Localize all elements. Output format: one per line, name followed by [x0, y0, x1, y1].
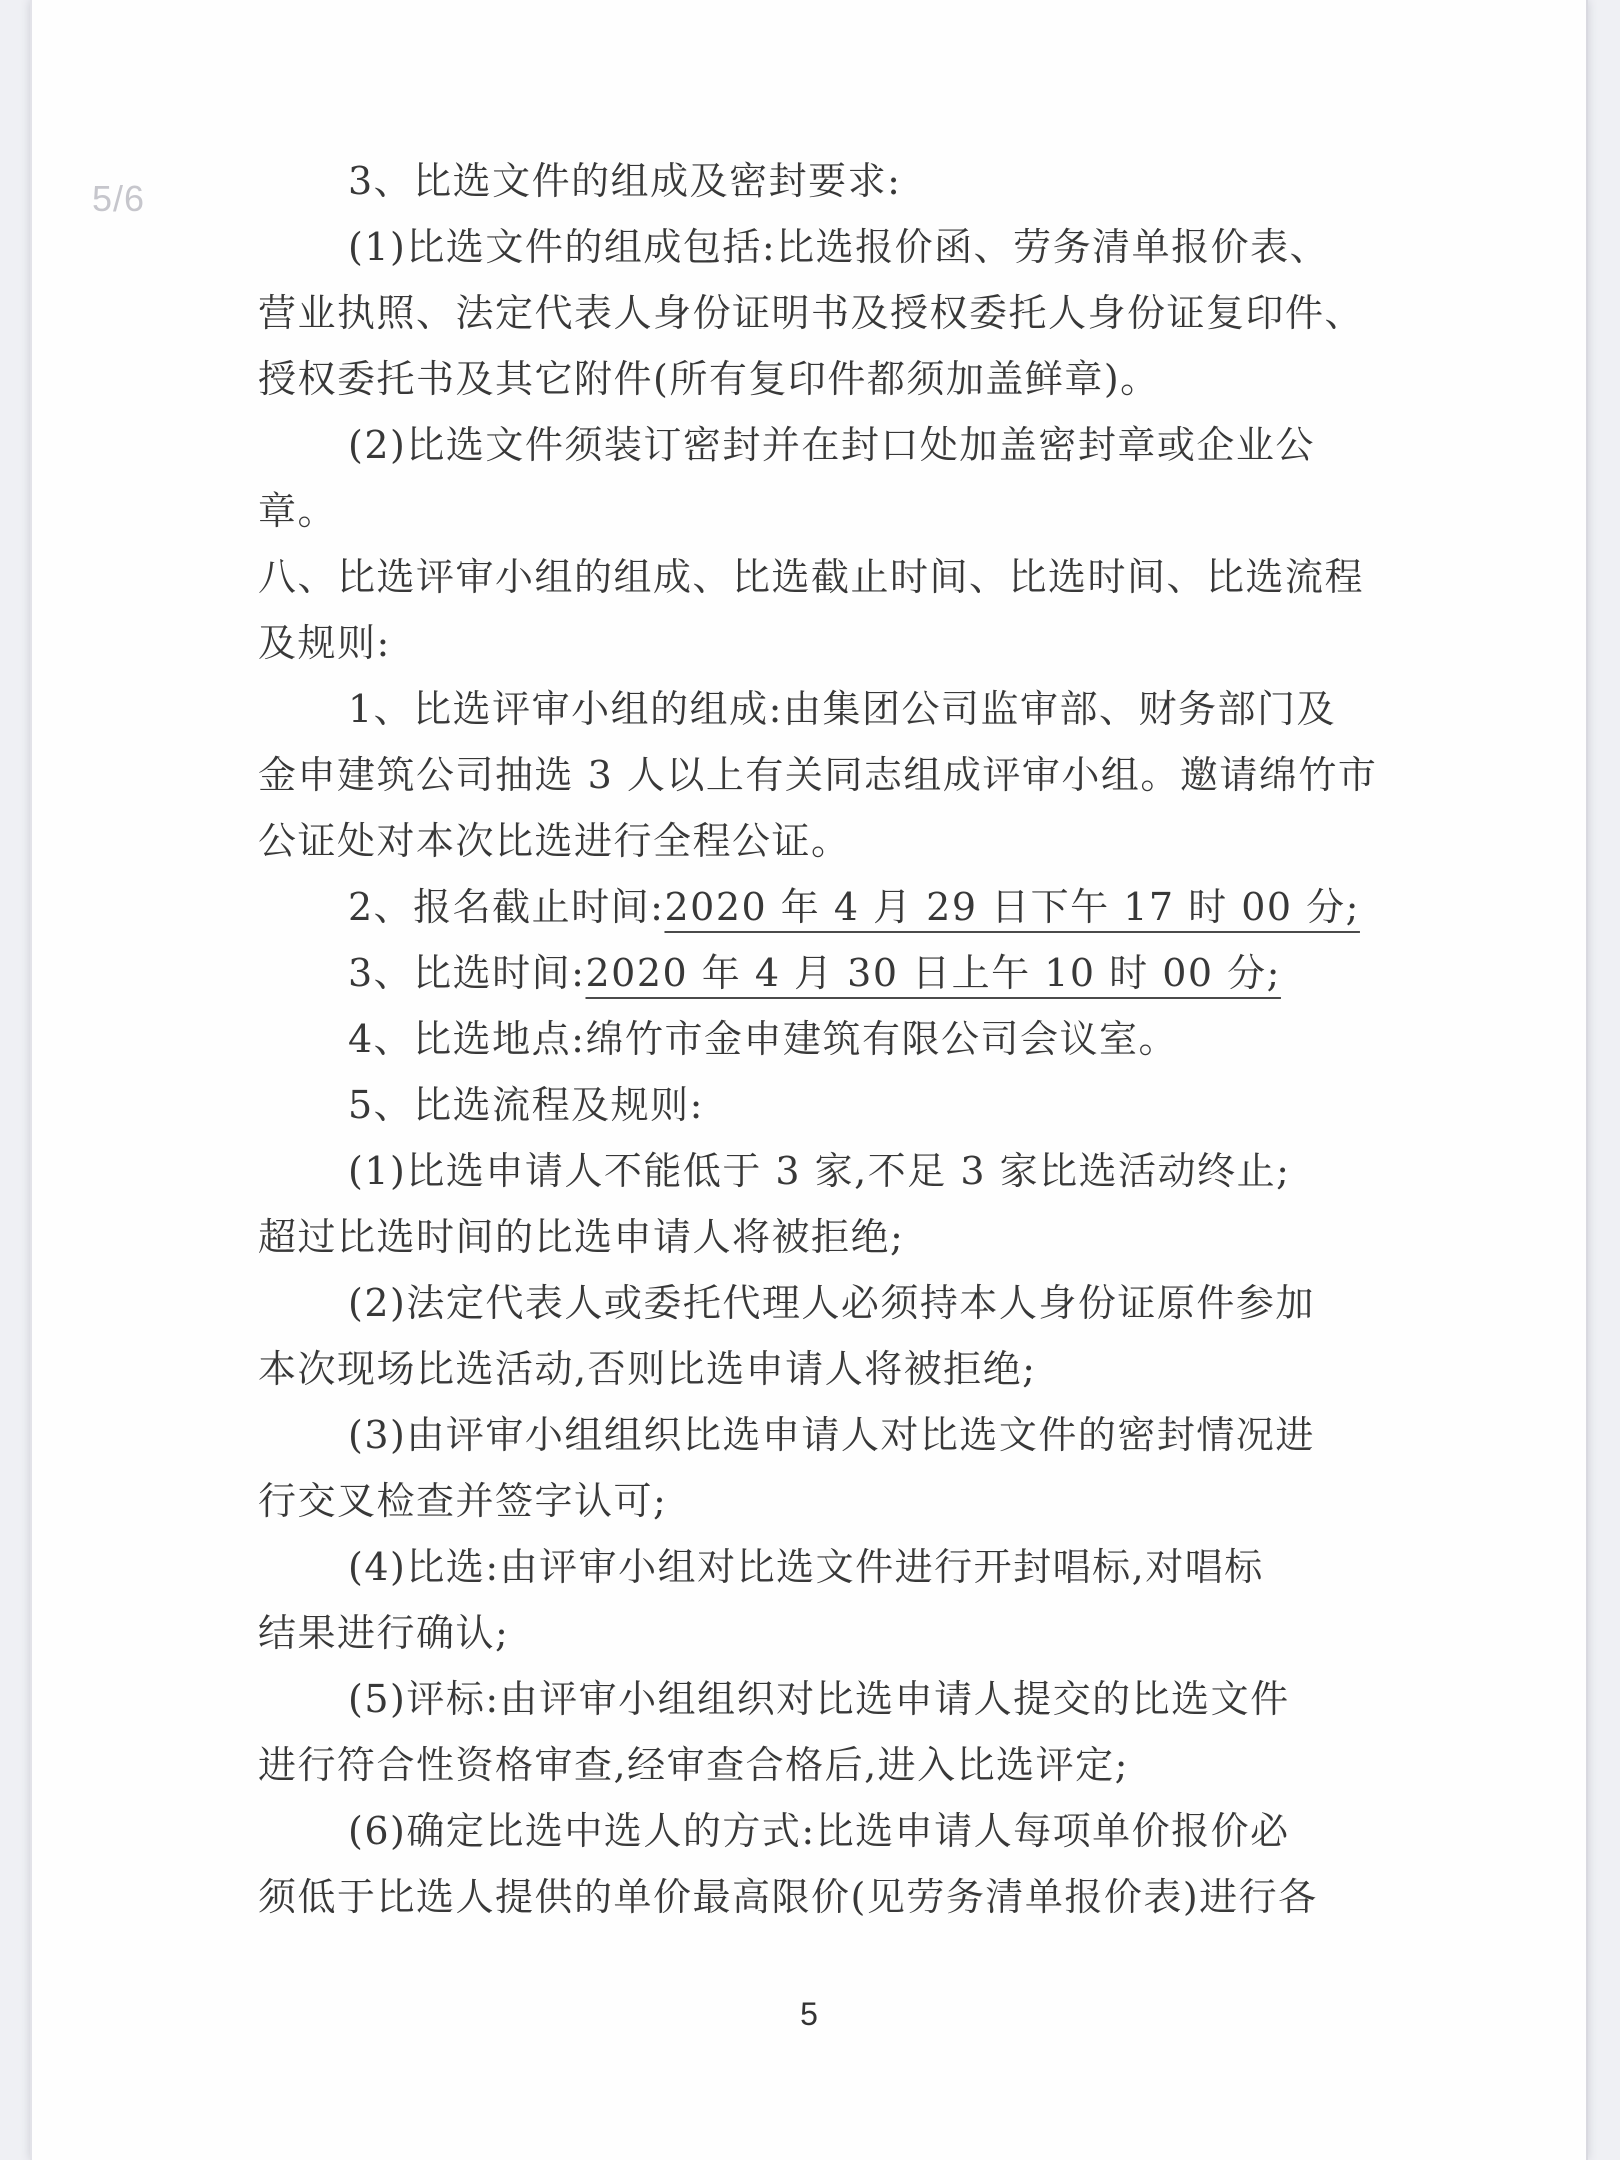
text-line: 进行符合性资格审查,经审查合格后,进入比选评定;: [258, 1732, 1398, 1798]
text-line: 本次现场比选活动,否则比选申请人将被拒绝;: [258, 1336, 1398, 1402]
line-prefix: 3、比选时间:: [348, 951, 585, 995]
footer-page-number: 5: [30, 1996, 1588, 2033]
section-heading-line: 八、比选评审小组的组成、比选截止时间、比选时间、比选流程: [258, 544, 1398, 610]
text-line: 3、比选文件的组成及密封要求:: [258, 148, 1398, 214]
text-line: (4)比选:由评审小组对比选文件进行开封唱标,对唱标: [258, 1534, 1398, 1600]
text-line: 超过比选时间的比选申请人将被拒绝;: [258, 1204, 1398, 1270]
text-line: (6)确定比选中选人的方式:比选申请人每项单价报价必: [258, 1798, 1398, 1864]
scanned-page: 5/6 3、比选文件的组成及密封要求: (1)比选文件的组成包括:比选报价函、劳…: [30, 0, 1588, 2160]
page-edge-right: [1586, 0, 1588, 2160]
text-line: (2)比选文件须装订密封并在封口处加盖密封章或企业公: [258, 412, 1398, 478]
line-prefix: 2、报名截止时间:: [348, 885, 664, 929]
text-line: 须低于比选人提供的单价最高限价(见劳务清单报价表)进行各: [258, 1864, 1398, 1930]
section-heading-line: 及规则:: [258, 610, 1398, 676]
text-line: 营业执照、法定代表人身份证明书及授权委托人身份证复印件、: [258, 280, 1398, 346]
text-line: (1)比选申请人不能低于 3 家,不足 3 家比选活动终止;: [258, 1138, 1398, 1204]
page-indicator: 5/6: [92, 178, 145, 220]
registration-deadline-line: 2、报名截止时间:2020 年 4 月 29 日下午 17 时 00 分;: [258, 874, 1398, 940]
page-edge-left: [30, 0, 32, 2160]
document-body: 3、比选文件的组成及密封要求: (1)比选文件的组成包括:比选报价函、劳务清单报…: [258, 148, 1398, 1930]
text-line: (3)由评审小组组织比选申请人对比选文件的密封情况进: [258, 1402, 1398, 1468]
text-line: (1)比选文件的组成包括:比选报价函、劳务清单报价表、: [258, 214, 1398, 280]
selection-time-line: 3、比选时间:2020 年 4 月 30 日上午 10 时 00 分;: [258, 940, 1398, 1006]
text-line: 金申建筑公司抽选 3 人以上有关同志组成评审小组。邀请绵竹市: [258, 742, 1398, 808]
text-line: (5)评标:由评审小组组织对比选申请人提交的比选文件: [258, 1666, 1398, 1732]
text-line: 行交叉检查并签字认可;: [258, 1468, 1398, 1534]
deadline-date-underlined: 2020 年 4 月 29 日下午 17 时 00 分;: [664, 885, 1359, 929]
text-line: 4、比选地点:绵竹市金申建筑有限公司会议室。: [258, 1006, 1398, 1072]
text-line: 公证处对本次比选进行全程公证。: [258, 808, 1398, 874]
text-line: 章。: [258, 478, 1398, 544]
text-line: 结果进行确认;: [258, 1600, 1398, 1666]
text-line: 5、比选流程及规则:: [258, 1072, 1398, 1138]
document-viewer: 5/6 3、比选文件的组成及密封要求: (1)比选文件的组成包括:比选报价函、劳…: [0, 0, 1620, 2160]
text-line: 授权委托书及其它附件(所有复印件都须加盖鲜章)。: [258, 346, 1398, 412]
selection-date-underlined: 2020 年 4 月 30 日上午 10 时 00 分;: [585, 951, 1280, 995]
text-line: 1、比选评审小组的组成:由集团公司监审部、财务部门及: [258, 676, 1398, 742]
text-line: (2)法定代表人或委托代理人必须持本人身份证原件参加: [258, 1270, 1398, 1336]
